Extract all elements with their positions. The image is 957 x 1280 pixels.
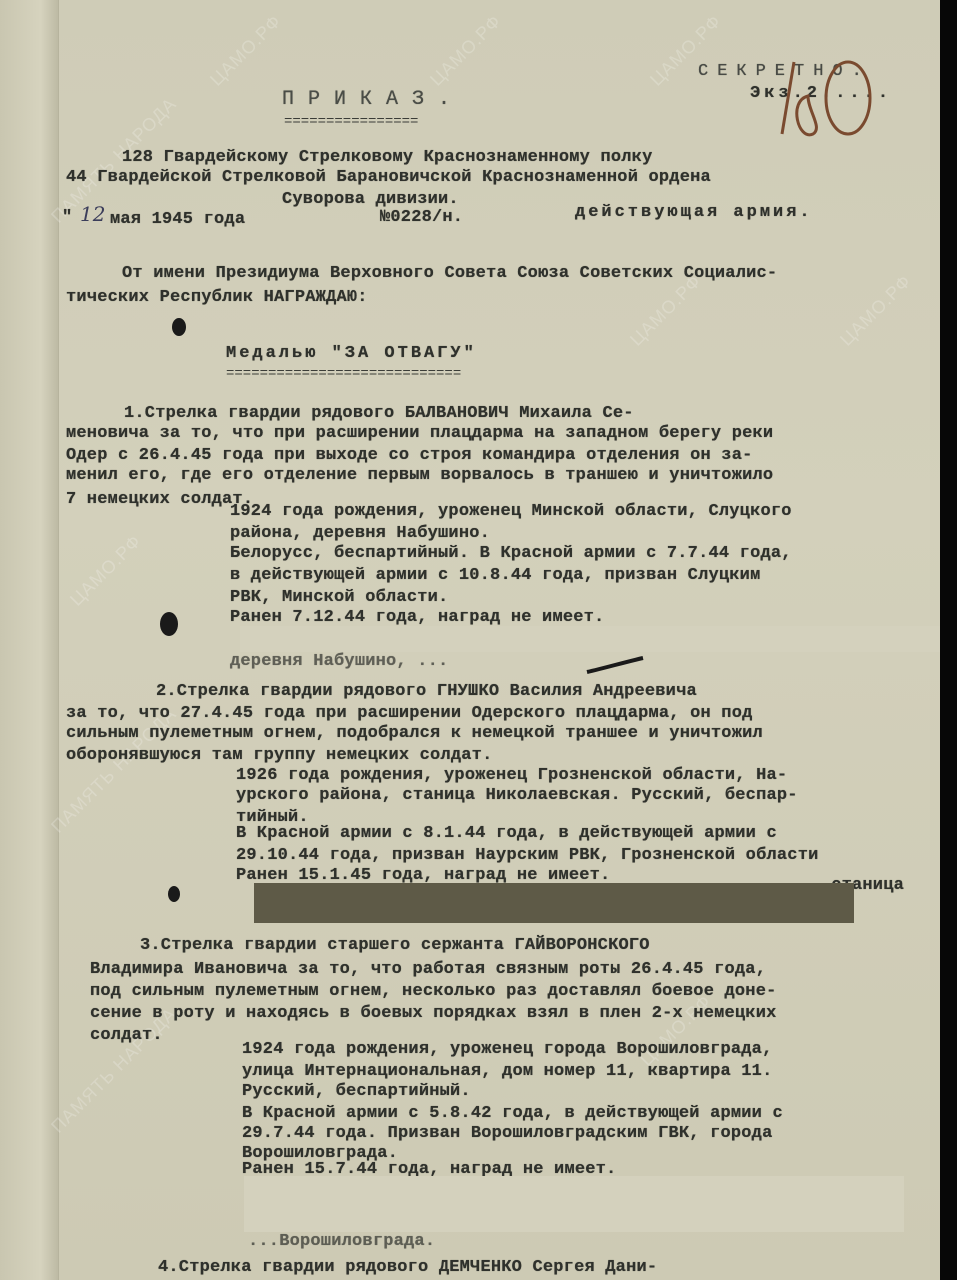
entry-2-bio: 1926 года рождения, уроженец Грозненской… bbox=[236, 766, 787, 785]
date-text: мая 1945 года bbox=[110, 210, 245, 229]
addressee-line-3: Суворова дивизии. bbox=[282, 190, 459, 209]
pen-stroke-icon bbox=[585, 656, 645, 676]
entry-1-bio: района, деревня Набушино. bbox=[230, 524, 490, 543]
entry-2-line: сильным пулеметным огнем, подобрался к н… bbox=[66, 724, 763, 743]
entry-3-after: ...Ворошиловграда. bbox=[248, 1232, 435, 1251]
watermark: ЦАМО.РФ bbox=[426, 11, 506, 91]
redacted-block bbox=[254, 883, 854, 923]
document-title: ПРИКАЗ. bbox=[282, 88, 464, 111]
entry-3-line: 3.Стрелка гвардии старшего сержанта ГАЙВ… bbox=[140, 936, 650, 955]
entry-2-line: 2.Стрелка гвардии рядового ГНУШКО Васили… bbox=[156, 682, 697, 701]
entry-1-bio: Ранен 7.12.44 года, наград не имеет. bbox=[230, 608, 604, 627]
entry-3-bio: 29.7.44 года. Призван Ворошиловградским … bbox=[242, 1124, 773, 1143]
entry-3-bio: улица Интернациональная, дом номер 11, к… bbox=[242, 1062, 773, 1081]
entry-1-line: 7 немецких солдат. bbox=[66, 490, 253, 509]
entry-3-line: сение в роту и находясь в боевых порядка… bbox=[90, 1004, 777, 1023]
award-heading: Медалью "ЗА ОТВАГУ" bbox=[226, 344, 477, 363]
entry-1-bio: Белорусс, беспартийный. В Красной армии … bbox=[230, 544, 792, 563]
watermark: ЦАМО.РФ bbox=[66, 531, 146, 611]
entry-3-bio: Русский, беспартийный. bbox=[242, 1082, 471, 1101]
entry-2-bio: 29.10.44 года, призван Наурским РВК, Гро… bbox=[236, 846, 819, 865]
entry-3-line: солдат. bbox=[90, 1026, 163, 1045]
preamble-line-1: От имени Президиума Верховного Совета Со… bbox=[122, 264, 777, 283]
watermark: ЦАМО.РФ bbox=[206, 11, 286, 91]
order-number: №0228/н. bbox=[380, 208, 463, 227]
entry-1-bio: в действующей армии с 10.8.44 года, приз… bbox=[230, 566, 761, 585]
entry-1-line: менил его, где его отделение первым ворв… bbox=[66, 466, 773, 485]
redacted-block bbox=[240, 626, 940, 652]
entry-1-line: меновича за то, что при расширении плацд… bbox=[66, 424, 773, 443]
entry-2-bio: урского района, станица Николаевская. Ру… bbox=[236, 786, 798, 805]
document-page: ЦАМО.РФ ЦАМО.РФ ЦАМО.РФ ПАМЯТЬ НАРОДА ЦА… bbox=[0, 0, 940, 1280]
entry-3-line: под сильным пулеметным огнем, несколько … bbox=[90, 982, 777, 1001]
title-underline: ================ bbox=[284, 114, 418, 130]
date-prefix: " bbox=[62, 208, 72, 227]
entry-1-line: 1.Стрелка гвардии рядового БАЛВАНОВИЧ Ми… bbox=[124, 404, 634, 423]
entry-2-bio: В Красной армии с 8.1.44 года, в действу… bbox=[236, 824, 777, 843]
ink-blot bbox=[160, 612, 178, 636]
addressee-line-1: 128 Гвардейскому Стрелковому Краснознаме… bbox=[122, 148, 653, 167]
ink-blot bbox=[172, 318, 186, 336]
watermark: ЦАМО.РФ bbox=[836, 271, 916, 351]
award-underline: ============================ bbox=[226, 366, 461, 382]
entry-3-bio: В Красной армии с 5.8.42 года, в действу… bbox=[242, 1104, 783, 1123]
addressee-line-2: 44 Гвардейской Стрелковой Барановичской … bbox=[66, 168, 711, 187]
entry-1-after: деревня Набушино, ... bbox=[230, 652, 448, 671]
entry-3-line: Владимира Ивановича за то, что работая с… bbox=[90, 960, 766, 979]
scan-edge bbox=[940, 0, 957, 1280]
entry-1-bio: 1924 года рождения, уроженец Минской обл… bbox=[230, 502, 792, 521]
location: действующая армия. bbox=[575, 203, 813, 222]
entry-2-line: оборонявшуюся там группу немецких солдат… bbox=[66, 746, 492, 765]
entry-1-line: Одер с 26.4.45 года при выходе со строя … bbox=[66, 446, 753, 465]
entry-1-bio: РВК, Минской области. bbox=[230, 588, 448, 607]
redacted-block bbox=[244, 1176, 904, 1232]
handwritten-number-icon bbox=[778, 56, 878, 146]
page-fold-margin bbox=[0, 0, 59, 1280]
ink-blot bbox=[168, 886, 180, 902]
entry-3-bio: 1924 года рождения, уроженец города Воро… bbox=[242, 1040, 773, 1059]
date-day: 12 bbox=[80, 202, 105, 226]
preamble-line-2: тических Республик НАГРАЖДАЮ: bbox=[66, 288, 368, 307]
entry-2-line: за то, что 27.4.45 года при расширении О… bbox=[66, 704, 753, 723]
watermark: ПАМЯТЬ НАРОДА bbox=[47, 1004, 181, 1138]
entry-4-line: 4.Стрелка гвардии рядового ДЕМЧЕНКО Серг… bbox=[158, 1258, 657, 1277]
